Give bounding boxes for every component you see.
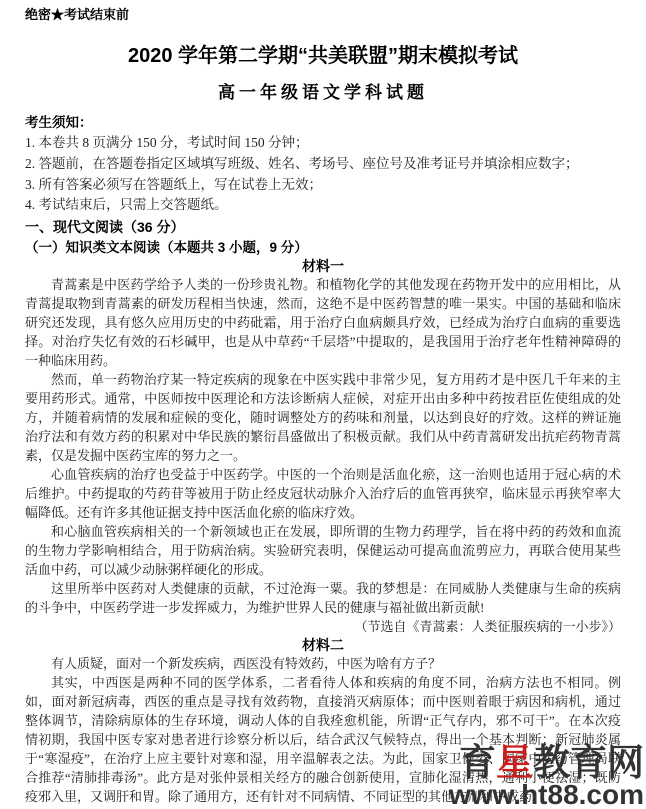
material2-title: 材料二 [25,636,621,654]
material2-paragraph-1: 有人质疑，面对一个新发疾病，西医没有特效药，中医为啥有方子？ [25,654,621,673]
material1-paragraph-4: 和心脑血管疾病相关的一个新领域也正在发展，即所谓的生物力药理学，旨在将中药的药效… [25,522,621,579]
notice-item-2: 2. 答题前，在答题卷指定区域填写班级、姓名、考场号、座位号及准考证号并填涂相应… [25,154,621,175]
material1-paragraph-1: 青蒿素是中医药学给予人类的一份珍贵礼物。和植物化学的其他发现在药物开发中的应用相… [25,275,621,370]
notice-item-3: 3. 所有答案必须写在答题纸上，写在试卷上无效； [25,175,621,196]
material1-paragraph-2: 然而，单一药物治疗某一特定疾病的现象在中医实践中非常少见，复方用药才是中医几千年… [25,370,621,465]
material1-source-note: （节选自《青蒿素：人类征服疾病的一小步》） [25,617,621,636]
secrecy-label: 绝密★考试结束前 [25,6,621,24]
notice-heading: 考生须知： [25,113,621,133]
exam-subtitle: 高一年级语文学科试题 [25,82,621,104]
section-subheading: （一）知识类文本阅读（本题共 3 小题，9 分） [25,238,621,257]
material1-paragraph-5: 这里所举中医药对人类健康的贡献，不过沧海一粟。我的梦想是：在同威胁人类健康与生命… [25,579,621,617]
material1-paragraph-3: 心血管疾病的治疗也受益于中医药学。中医的一个治则是活血化瘀，这一治则也适用于冠心… [25,465,621,522]
exam-title: 2020 学年第二学期“共美联盟”期末模拟考试 [25,43,621,69]
material1-title: 材料一 [25,257,621,275]
notice-item-1: 1. 本卷共 8 页满分 150 分，考试时间 150 分钟； [25,133,621,154]
exam-paper-page: 绝密★考试结束前 2020 学年第二学期“共美联盟”期末模拟考试 高一年级语文学… [0,0,646,809]
section-heading: 一、现代文阅读（36 分） [25,217,621,238]
material2-paragraph-2: 其实，中西医是两种不同的医学体系，二者看待人体和疾病的角度不同，治病方法也不相同… [25,673,621,806]
notice-item-4: 4. 考试结束后，只需上交答题纸。 [25,195,621,216]
